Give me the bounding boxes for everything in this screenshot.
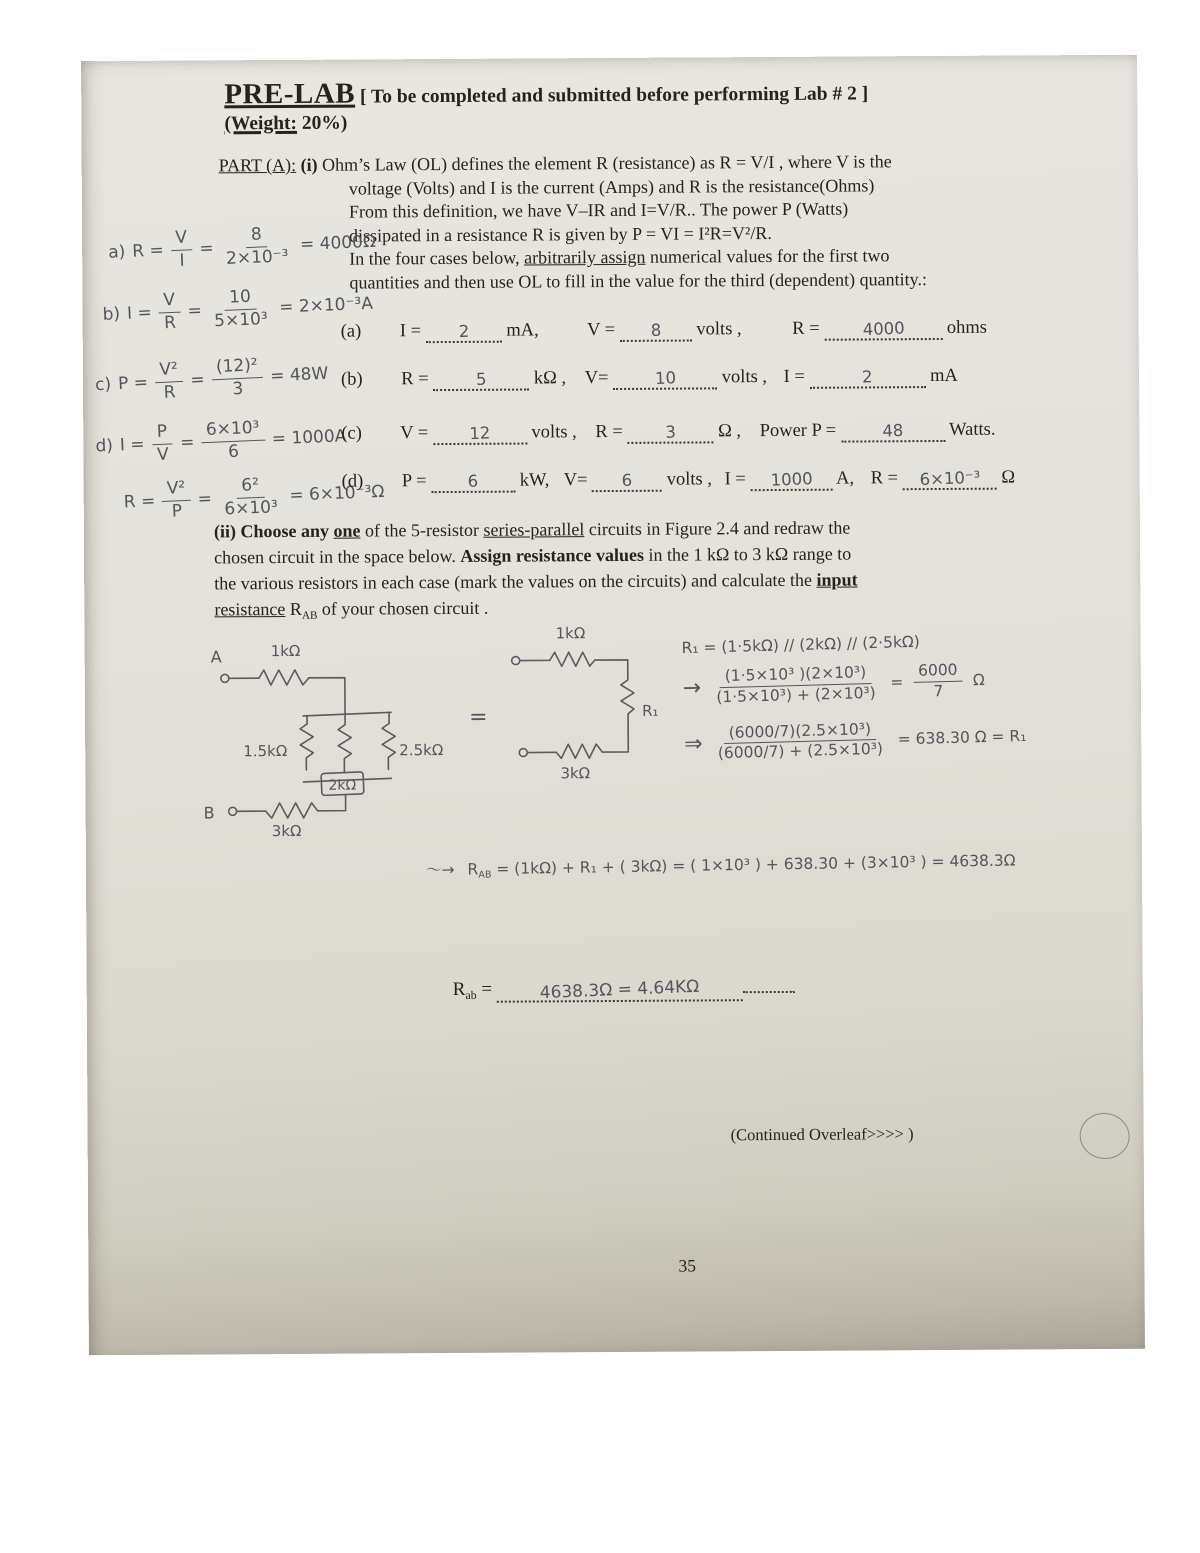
- answer-blank: 1000: [750, 469, 832, 492]
- resistor-2k-label: 2kΩ: [328, 778, 356, 794]
- wire: [309, 678, 345, 719]
- resistor-1k-label: 1kΩ: [556, 624, 586, 642]
- fraction: 6²6×10³: [218, 475, 283, 520]
- terminal-b-label: B: [204, 803, 215, 822]
- wire: [595, 660, 628, 680]
- double-arrow-icon: ⇒: [684, 732, 703, 757]
- resistor-2p5k: [382, 712, 395, 769]
- part-a-line2: voltage (Volts) and I is the current (Am…: [349, 174, 927, 201]
- resistor-3k-label: 3kΩ: [272, 822, 302, 839]
- part-ii-line1: (ii) Choose any one of the 5-resistor se…: [214, 515, 857, 545]
- circuit-diagram-left: A 1kΩ 1.5kΩ 2.5kΩ 2kΩ B 3kΩ: [194, 621, 495, 839]
- rab-calculation-line: 〜→ RAB = (1kΩ) + R₁ + ( 3kΩ) = ( 1×10³ )…: [426, 848, 1016, 881]
- case-row-b: (b) R = 5 kΩ , V= 10 volts , I = 2 mA: [341, 366, 958, 392]
- squiggle-arrow-icon: 〜→: [426, 861, 455, 879]
- handwritten-rab-answer: 4638.3Ω = 4.64KΩ: [540, 977, 700, 1004]
- handwritten-answer: 6: [467, 472, 478, 491]
- resistor-1k: [550, 652, 595, 666]
- pencil-circle-mark: [1077, 1110, 1133, 1162]
- terminal-b-node: [229, 807, 237, 815]
- page-number: 35: [678, 1256, 696, 1277]
- fraction: 105×10³: [208, 287, 273, 332]
- fraction: (12)²3: [211, 356, 265, 401]
- answer-blank: 5: [433, 369, 529, 392]
- part-a-line3: From this definition, we have V–IR and I…: [349, 197, 927, 224]
- handwritten-eq-c: c)P = V²R = (12)²3 = 48W: [94, 353, 329, 407]
- part-a-line5: In the four cases below, arbitrarily ass…: [349, 244, 927, 271]
- arrow-right-icon: →: [682, 675, 701, 700]
- terminal-node: [519, 749, 527, 757]
- handwritten-answer: 8: [650, 321, 661, 340]
- fraction: 60007: [913, 662, 963, 702]
- handwritten-answer: 4000: [862, 318, 905, 339]
- handwritten-answer: 2: [862, 367, 873, 386]
- resistor-1k-label: 1kΩ: [271, 642, 301, 660]
- part-ii-line3: the various resistors in each case (mark…: [214, 567, 857, 597]
- rab-answer-line: Rab = 4638.3Ω = 4.64KΩ: [453, 969, 795, 1003]
- resistor-3k-label: 3kΩ: [560, 764, 590, 782]
- resistor-1p5k: [300, 716, 313, 770]
- r1-calc-line2: → (1·5×10³ )(2×10³)(1·5×10³) + (2×10³) =…: [682, 660, 1025, 708]
- fraction: VR: [158, 291, 182, 334]
- rab-answer-blank: 4638.3Ω = 4.64KΩ: [497, 977, 743, 1003]
- answer-blank: 6: [431, 471, 515, 494]
- continued-overleaf: (Continued Overleaf>>>> ): [731, 1124, 914, 1145]
- handwritten-eq-d: d)I = PV = 6×10³6 = 1000A: [95, 415, 348, 467]
- part-ii-line2: chosen circuit in the space below. Assig…: [214, 541, 857, 571]
- fraction: (1·5×10³ )(2×10³)(1·5×10³) + (2×10³): [711, 664, 881, 707]
- answer-blank: 10: [613, 367, 717, 390]
- resistor-r1: [621, 680, 634, 728]
- handwritten-answer: 1000: [770, 469, 813, 490]
- weight-line: (Weight: 20%): [224, 109, 868, 135]
- part-ii-paragraph: (ii) Choose any one of the 5-resistor se…: [214, 515, 858, 630]
- fraction: 6×10³6: [201, 419, 266, 464]
- handwritten-answer: 2: [458, 322, 469, 341]
- part-a-line4: dissipated in a resistance R is given by…: [349, 221, 927, 248]
- resistor-1k: [259, 670, 309, 685]
- handwritten-answer: 10: [654, 368, 676, 388]
- top-rail: [303, 712, 391, 716]
- resistor-r1-label: R₁: [642, 702, 659, 720]
- resistor-3k: [266, 803, 318, 818]
- handwritten-eq-b: b)I = VR = 105×10³ = 2×10⁻³A: [102, 283, 374, 336]
- fraction: PV: [151, 422, 174, 465]
- fraction: 82×10⁻³: [220, 224, 294, 269]
- handwritten-answer: 3: [665, 422, 676, 441]
- prelab-title: PRE-LAB: [224, 78, 355, 111]
- answer-blank: 2: [426, 321, 502, 343]
- answer-blank: 12: [433, 423, 527, 446]
- part-a-line6: quantities and then use OL to fill in th…: [349, 268, 927, 295]
- answer-blank: 6: [592, 470, 662, 492]
- resistor-2k: [338, 719, 351, 773]
- wire: [318, 795, 346, 811]
- trailing-dots: [743, 969, 795, 993]
- answer-blank: 3: [627, 421, 713, 444]
- handwritten-answer: 5: [476, 370, 487, 389]
- r1-calc-line3: ⇒ (6000/7)(2.5×10³)(6000/7) + (2.5×10³) …: [684, 717, 1027, 765]
- resistor-3k: [556, 744, 602, 758]
- resistor-2p5k-label: 2.5kΩ: [399, 741, 443, 759]
- fraction: (6000/7)(2.5×10³)(6000/7) + (2.5×10³): [712, 720, 888, 763]
- fraction: V²P: [161, 479, 191, 522]
- equals-sign: =: [469, 705, 488, 730]
- handwritten-answer: 6: [621, 471, 632, 490]
- handwritten-answer: 6×10⁻³: [919, 468, 980, 489]
- answer-blank: 8: [620, 320, 692, 342]
- wire: [602, 728, 628, 752]
- answer-blank: 6×10⁻³: [903, 468, 997, 491]
- answer-blank: 48: [841, 420, 945, 443]
- r1-calculation: R₁ = (1·5kΩ) // (2kΩ) // (2·5kΩ) → (1·5×…: [681, 630, 1027, 764]
- answer-blank: 4000: [824, 318, 942, 341]
- terminal-a-label: A: [211, 647, 222, 666]
- case-row-a: (a) I = 2 mA, V = 8 volts , R = 4000 ohm…: [341, 318, 987, 344]
- answer-blank: 2: [809, 366, 925, 389]
- fraction: VI: [170, 228, 193, 271]
- scanned-worksheet-page: PRE-LAB [ To be completed and submitted …: [81, 55, 1145, 1355]
- prelab-bracket: [ To be completed and submitted before p…: [355, 83, 868, 107]
- terminal-node: [512, 657, 520, 665]
- case-row-d: (d) P = 6 kW, V= 6 volts , I = 1000 A, R…: [342, 468, 1016, 494]
- handwritten-answer: 48: [882, 421, 904, 441]
- case-row-c: (c) V = 12 volts , R = 3 Ω , Power P = 4…: [341, 420, 995, 446]
- page-header: PRE-LAB [ To be completed and submitted …: [224, 74, 868, 135]
- handwritten-answer: 12: [469, 423, 491, 443]
- resistor-1p5k-label: 1.5kΩ: [243, 742, 287, 760]
- terminal-a-node: [221, 674, 229, 682]
- r1-calc-line1: R₁ = (1·5kΩ) // (2kΩ) // (2·5kΩ): [681, 630, 1024, 657]
- circuit-diagram-right: 1kΩ R₁ 3kΩ: [499, 615, 710, 801]
- fraction: V²R: [154, 360, 185, 403]
